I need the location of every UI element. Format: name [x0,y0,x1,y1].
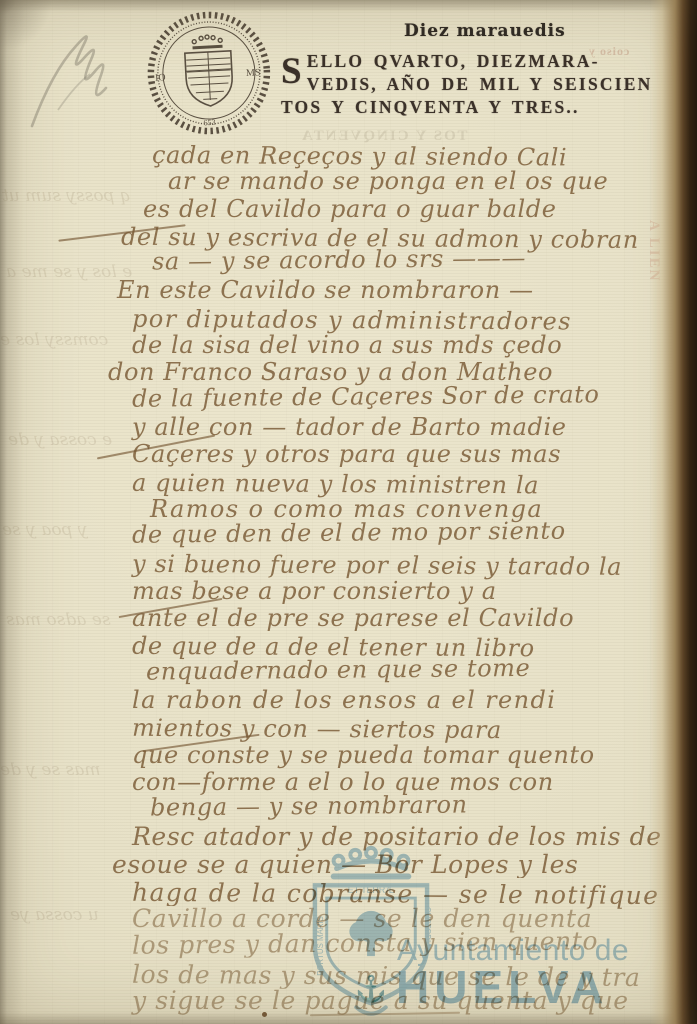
scanned-manuscript-page: q possy sum ute los y se me acomssy los … [0,0,697,1024]
scan-vignette [0,0,697,1024]
